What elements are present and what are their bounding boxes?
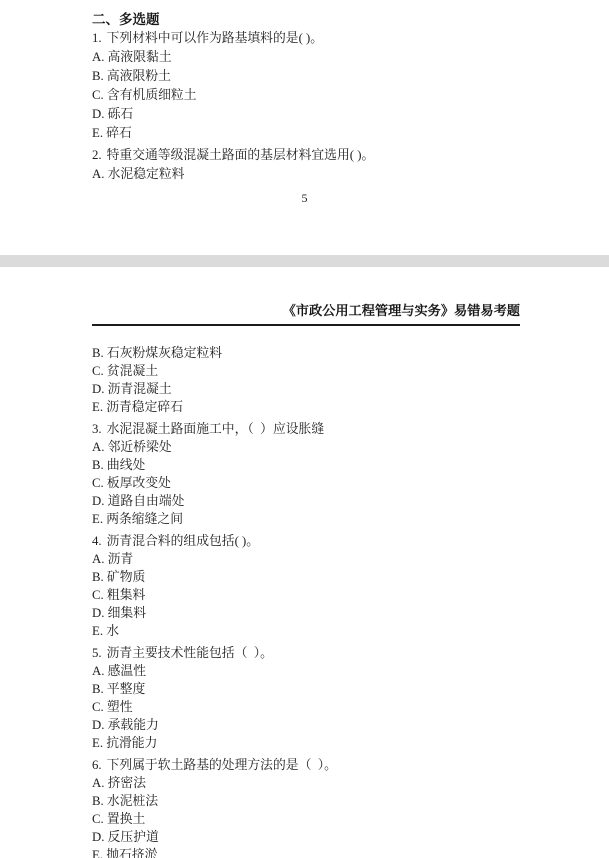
question-text: 沥青混合料的组成包括( )。 (107, 534, 260, 548)
option-line: D. 砾石 (92, 105, 569, 124)
question: 4.沥青混合料的组成包括( )。 A. 沥青 B. 矿物质 C. 粗集料 D. … (92, 532, 609, 640)
question-stem: 5.沥青主要技术性能包括（ ）。 (92, 644, 609, 662)
option-line: B. 矿物质 (92, 568, 609, 586)
document-page-top: 二、多选题 1.下列材料中可以作为路基填料的是( )。 A. 高液限黏土 B. … (0, 0, 609, 255)
document-viewer: 二、多选题 1.下列材料中可以作为路基填料的是( )。 A. 高液限黏土 B. … (0, 0, 609, 858)
question-number: 6. (92, 758, 102, 772)
option-line: A. 邻近桥梁处 (92, 438, 609, 456)
question: 5.沥青主要技术性能包括（ ）。 A. 感温性 B. 平整度 C. 塑性 D. … (92, 644, 609, 752)
question-number: 5. (92, 646, 102, 660)
question-number: 4. (92, 534, 102, 548)
option-line: B. 曲线处 (92, 456, 609, 474)
question-text: 特重交通等级混凝土路面的基层材料宜选用( )。 (107, 148, 375, 162)
option-line: C. 贫混凝土 (92, 362, 609, 380)
option-line: D. 细集料 (92, 604, 609, 622)
page-header: 《市政公用工程管理与实务》易错易考题 (92, 303, 520, 326)
option-line: D. 反压护道 (92, 828, 609, 846)
option-line: E. 抗滑能力 (92, 734, 609, 752)
question: 3.水泥混凝土路面施工中，（ ）应设胀缝 A. 邻近桥梁处 B. 曲线处 C. … (92, 420, 609, 528)
question-text: 沥青主要技术性能包括（ ）。 (107, 646, 273, 660)
option-line: D. 沥青混凝土 (92, 380, 609, 398)
question: 6.下列属于软土路基的处理方法的是（ ）。 A. 挤密法 B. 水泥桩法 C. … (92, 756, 609, 858)
option-line: D. 承载能力 (92, 716, 609, 734)
question-stem: 3.水泥混凝土路面施工中，（ ）应设胀缝 (92, 420, 609, 438)
option-line: C. 板厚改变处 (92, 474, 609, 492)
option-line: A. 感温性 (92, 662, 609, 680)
option-line: B. 平整度 (92, 680, 609, 698)
option-line: E. 两条缩缝之间 (92, 510, 609, 528)
question-stem: 2.特重交通等级混凝土路面的基层材料宜选用( )。 (92, 146, 569, 165)
question-text: 下列材料中可以作为路基填料的是( )。 (107, 31, 323, 45)
question: 2.特重交通等级混凝土路面的基层材料宜选用( )。 A. 水泥稳定粒料 (92, 146, 569, 184)
page-number: 5 (0, 191, 609, 205)
question-number: 2. (92, 148, 102, 162)
section-heading: 二、多选题 (92, 10, 569, 29)
option-line: B. 水泥桩法 (92, 792, 609, 810)
question-number: 3. (92, 422, 102, 436)
question-stem: 4.沥青混合料的组成包括( )。 (92, 532, 609, 550)
option-line: A. 挤密法 (92, 774, 609, 792)
option-line: B. 石灰粉煤灰稳定粒料 (92, 344, 609, 362)
option-line: E. 碎石 (92, 124, 569, 143)
option-line: C. 含有机质细粒土 (92, 86, 569, 105)
option-line: D. 道路自由端处 (92, 492, 609, 510)
option-line: C. 粗集料 (92, 586, 609, 604)
question-text: 下列属于软土路基的处理方法的是（ ）。 (107, 758, 337, 772)
question-stem: 6.下列属于软土路基的处理方法的是（ ）。 (92, 756, 609, 774)
document-page-bottom: 《市政公用工程管理与实务》易错易考题 B. 石灰粉煤灰稳定粒料 C. 贫混凝土 … (0, 267, 609, 858)
option-line: C. 置换土 (92, 810, 609, 828)
option-line: E. 沥青稳定碎石 (92, 398, 609, 416)
option-line: C. 塑性 (92, 698, 609, 716)
page-body: B. 石灰粉煤灰稳定粒料 C. 贫混凝土 D. 沥青混凝土 E. 沥青稳定碎石 … (0, 344, 609, 858)
question-number: 1. (92, 31, 102, 45)
option-line: A. 高液限黏土 (92, 48, 569, 67)
option-line: E. 水 (92, 622, 609, 640)
question: 1.下列材料中可以作为路基填料的是( )。 A. 高液限黏土 B. 高液限粉土 … (92, 29, 569, 143)
option-line: B. 高液限粉土 (92, 67, 569, 86)
page-gap (0, 255, 609, 267)
option-line: A. 沥青 (92, 550, 609, 568)
page-header-title: 《市政公用工程管理与实务》易错易考题 (92, 303, 520, 318)
option-line: E. 抛石挤淤 (92, 846, 609, 858)
question-text: 水泥混凝土路面施工中，（ ）应设胀缝 (107, 422, 325, 436)
carryover-options: B. 石灰粉煤灰稳定粒料 C. 贫混凝土 D. 沥青混凝土 E. 沥青稳定碎石 (92, 344, 609, 416)
question-stem: 1.下列材料中可以作为路基填料的是( )。 (92, 29, 569, 48)
option-line: A. 水泥稳定粒料 (92, 165, 569, 184)
